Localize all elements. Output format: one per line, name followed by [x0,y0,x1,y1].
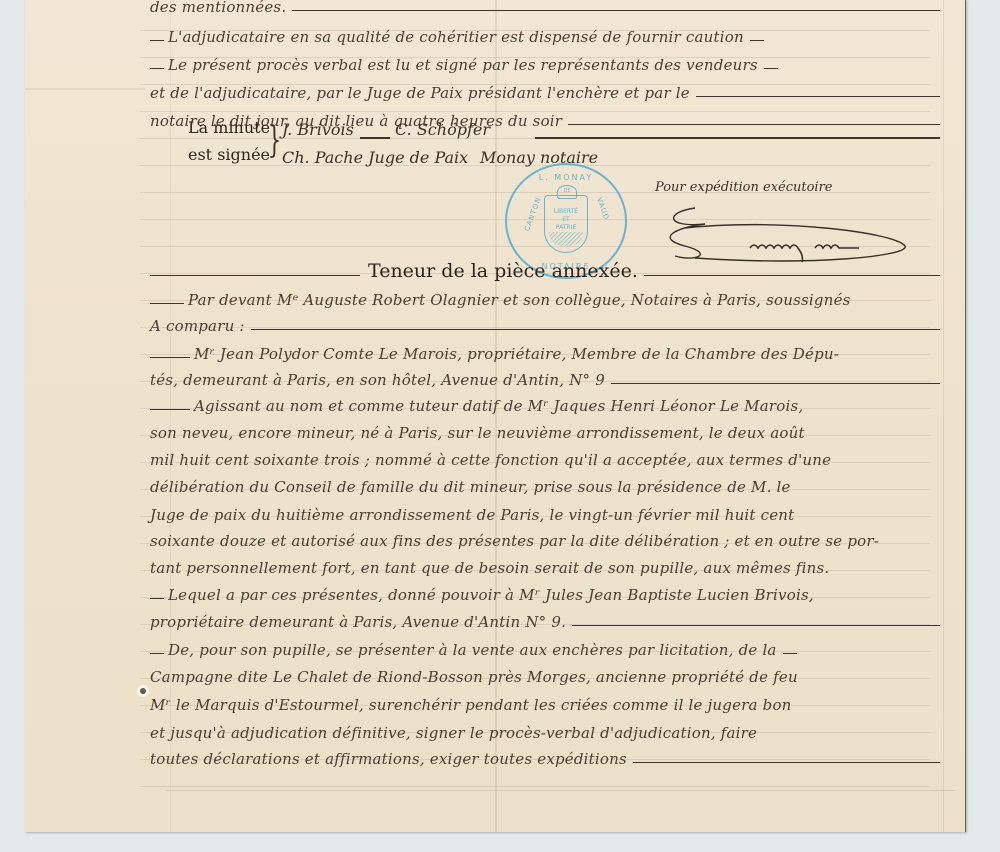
line-filler [568,124,940,126]
line-text: tés, demeurant à Paris, en son hôtel, Av… [150,371,605,389]
text-line: De, pour son pupille, se présenter à la … [150,633,940,659]
text-line: et de l'adjudicataire, par le Juge de Pa… [150,76,940,102]
line-text: propriétaire demeurant à Paris, Avenue d… [150,613,566,631]
section-title-text: Teneur de la pièce annexée. [368,260,638,282]
line-dash [150,598,164,600]
certification-text: Pour expédition exécutoire [655,180,833,195]
line-filler [292,10,940,12]
line-text: et jusqu'à adjudication définitive, sign… [150,724,757,742]
signature-schopfer: C. Schöpfer [395,120,490,139]
line-filler [764,68,778,70]
title-fill-rule [644,275,940,277]
line-filler [611,383,940,385]
horizontal-fold-crease [25,88,145,90]
line-text: Lequel a par ces présentes, donné pouvoi… [168,586,814,604]
line-text: Agissant au nom et comme tuteur datif de… [194,397,803,415]
line-text: et de l'adjudicataire, par le Juge de Pa… [150,84,690,102]
line-text: délibération du Conseil de famille du di… [150,478,791,496]
line-text: L'adjudicataire en sa qualité de cohérit… [168,28,744,46]
stamp-top-text: L. MONAY [507,173,625,182]
signature-dash [360,137,390,139]
line-text: Campagne dite Le Chalet de Riond-Bosson … [150,668,798,686]
text-line: Le présent procès verbal est lu et signé… [150,48,940,74]
text-line: Mʳ Jean Polydor Comte Le Marois, proprié… [150,337,940,363]
section-title: Teneur de la pièce annexée. [150,252,940,282]
line-text: Juge de paix du huitième arrondissement … [150,506,794,524]
text-line: tés, demeurant à Paris, en son hôtel, Av… [150,363,940,389]
line-text: soixante douze et autorisé aux fins des … [150,532,879,550]
line-text: tant personnellement fort, en tant que d… [150,559,829,577]
signature-pache: Ch. Pache Juge de Paix [282,148,468,167]
line-text: De, pour son pupille, se présenter à la … [168,641,777,659]
text-line: Juge de paix du huitième arrondissement … [150,498,940,524]
text-line: et jusqu'à adjudication définitive, sign… [150,716,940,742]
signature-filler [535,137,940,139]
shield-text: ET [545,216,587,224]
line-dash [150,40,164,42]
line-text: Mʳ le Marquis d'Estourmel, surenchérir p… [150,696,792,714]
line-text: Mʳ Jean Polydor Comte Le Marois, proprié… [194,345,839,363]
line-dash [150,409,190,411]
signed-label: est signée [188,145,270,164]
line-text: Par devant Mᵉ Auguste Robert Olagnier et… [188,291,851,309]
text-line: Agissant au nom et comme tuteur datif de… [150,389,940,415]
stamp-left-text: CANTON [523,196,543,233]
text-line: des mentionnées. [150,0,940,16]
line-text: Le présent procès verbal est lu et signé… [168,56,758,74]
text-line: Lequel a par ces présentes, donné pouvoi… [150,578,940,604]
right-margin-rule [943,0,944,832]
signature-brivois: J. Brivois [282,120,354,139]
text-line: Campagne dite Le Chalet de Riond-Bosson … [150,660,940,686]
line-dash [150,357,190,359]
line-text: des mentionnées. [150,0,286,16]
text-line: délibération du Conseil de famille du di… [150,470,940,496]
shield-text: LIBERTÉ [545,208,587,216]
text-line: L'adjudicataire en sa qualité de cohérit… [150,20,940,46]
ruling-line [165,790,955,791]
text-line: A comparu : [150,309,940,335]
line-filler [750,40,764,42]
line-filler [783,653,797,655]
stamp-right-text: VAUD [595,197,611,222]
stamp-shield-icon: LIBERTÉ ET PATRIE [544,195,588,253]
title-lead-rule [150,275,360,277]
line-text: son neveu, encore mineur, né à Paris, su… [150,424,805,442]
brace-glyph: } [268,120,282,161]
line-text: toutes déclarations et affirmations, exi… [150,750,627,768]
shield-text: PATRIE [545,224,587,232]
binding-hole [140,688,146,694]
line-dash [150,653,164,655]
text-line: propriétaire demeurant à Paris, Avenue d… [150,605,940,631]
line-filler [633,762,940,764]
text-line: Par devant Mᵉ Auguste Robert Olagnier et… [150,283,940,309]
text-line: son neveu, encore mineur, né à Paris, su… [150,416,940,442]
line-text: A comparu : [150,317,245,335]
line-filler [696,96,940,98]
text-line: tant personnellement fort, en tant que d… [150,551,940,577]
minute-label: La minute [188,118,270,137]
line-text: mil huit cent soixante trois ; nommé à c… [150,451,831,469]
text-line: mil huit cent soixante trois ; nommé à c… [150,443,940,469]
text-line: toutes déclarations et affirmations, exi… [150,742,940,768]
line-filler [572,625,940,627]
line-dash [150,303,184,305]
line-dash [150,68,164,70]
ruling-line [140,786,930,787]
line-filler [251,329,940,331]
text-line: Mʳ le Marquis d'Estourmel, surenchérir p… [150,688,940,714]
text-line: soixante douze et autorisé aux fins des … [150,524,940,550]
